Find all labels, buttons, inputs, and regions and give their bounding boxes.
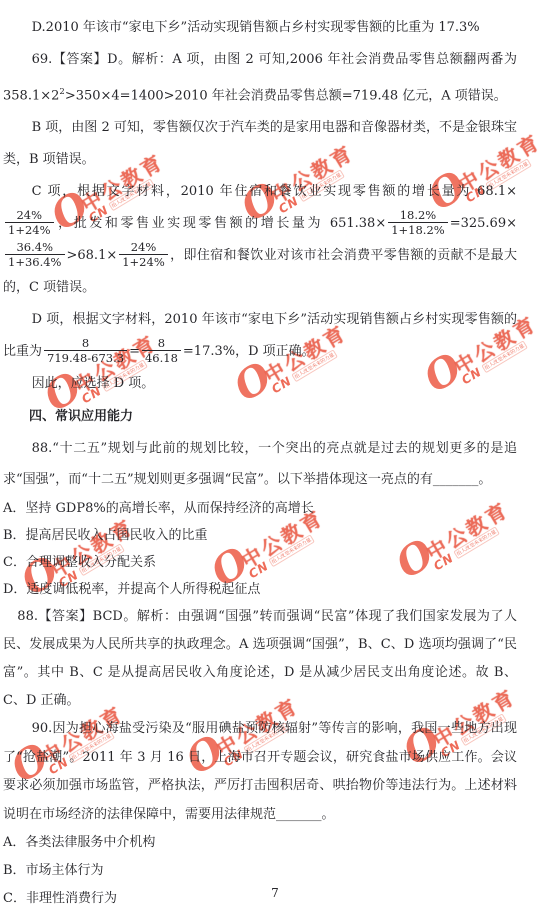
fraction-denominator: 1+36.4%	[5, 255, 65, 269]
question-88-option-a: A．坚持 GDP8%的高增长率，从而保持经济的高增长	[3, 495, 517, 522]
fraction-numerator: 8	[44, 336, 127, 351]
answer-69-d: D 项，根据文字材料，2010 年该市“家电下乡”活动实现销售额占乡村实现零售额…	[3, 304, 517, 368]
answer-69-c: C 项，根据文字材料，2010 年住宿和餐饮业实现零售额的增长量为 68.1×2…	[3, 176, 517, 304]
fraction: 18.2%1+18.2%	[388, 208, 448, 238]
question-90-option-a: A．各类法律服务中介机构	[3, 829, 517, 857]
page-number: 7	[0, 886, 550, 900]
document-body: D.2010 年该市“家电下乡”活动实现销售额占乡村实现零售额的比重为 17.3…	[3, 12, 517, 912]
answer-69: 69.【答案】D。解析：A 项，由图 2 可知,2006 年社会消费品零售总额翻…	[3, 44, 517, 112]
fraction-denominator: 719.48-673.3	[44, 351, 127, 365]
question-90-option-b: B．市场主体行为	[3, 857, 517, 885]
fraction-numerator: 18.2%	[388, 208, 448, 223]
question-88-option-b: B．提高居民收入占国民收入的比重	[3, 522, 517, 549]
question-90: 90.因为担心海盐受污染及“服用碘盐预防核辐射”等传言的影响，我国一些地方出现了…	[3, 715, 517, 829]
question-88-option-c: C．合理调整收入分配关系	[3, 549, 517, 576]
answer-69-conclusion: 因此，应选择 D 项。	[3, 368, 517, 400]
superscript: 2	[59, 87, 64, 97]
fraction-numerator: 36.4%	[5, 240, 65, 255]
fraction: 36.4%1+36.4%	[5, 240, 65, 270]
question-88: 88.“十二五”规划与此前的规划比较，一个突出的亮点就是过去的规划更多的是追求“…	[3, 433, 517, 495]
q69-option-d-line: D.2010 年该市“家电下乡”活动实现销售额占乡村实现零售额的比重为 17.3…	[3, 12, 517, 44]
section-heading: 四、常识应用能力	[3, 400, 517, 433]
question-88-option-d: D．适度调低税率，并提高个人所得税起征点	[3, 576, 517, 603]
fraction-numerator: 8	[142, 336, 181, 351]
fraction-denominator: 1+24%	[119, 255, 168, 269]
fraction: 846.18	[142, 336, 181, 366]
fraction-denominator: 1+24%	[5, 223, 54, 237]
document-page: D.2010 年该市“家电下乡”活动实现销售额占乡村实现零售额的比重为 17.3…	[0, 0, 550, 912]
fraction-denominator: 1+18.2%	[388, 223, 448, 237]
fraction: 24%1+24%	[119, 240, 168, 270]
answer-69-b: B 项，由图 2 可知，零售额仅次于汽车类的是家用电器和音像器材类，不是金银珠宝…	[3, 112, 517, 176]
fraction: 24%1+24%	[5, 208, 54, 238]
fraction-numerator: 24%	[119, 240, 168, 255]
fraction: 8719.48-673.3	[44, 336, 127, 366]
fraction-numerator: 24%	[5, 208, 54, 223]
fraction-denominator: 46.18	[142, 351, 181, 365]
answer-88: 88.【答案】BCD。解析：由强调“国强”转而强调“民富”体现了我们国家发展为了…	[3, 603, 517, 715]
